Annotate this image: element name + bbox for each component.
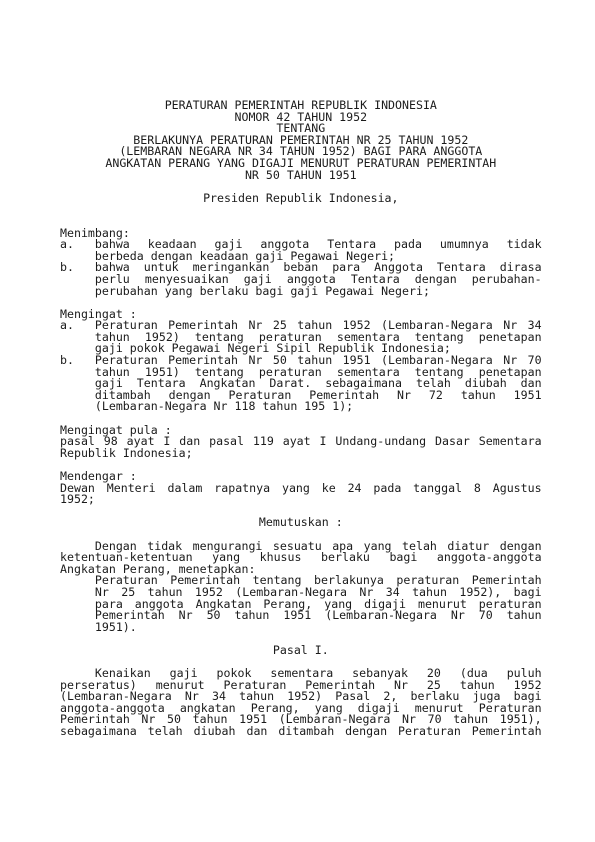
- list-item-label: a.: [60, 239, 74, 251]
- document-line: Dewan Menteri dalam rapatnya yang ke 24 …: [60, 483, 542, 495]
- document-page: PERATURAN PEMERINTAH REPUBLIK INDONESIAN…: [0, 0, 595, 842]
- document-line: NR 50 TAHUN 1951: [60, 170, 542, 182]
- list-item-label: b.: [60, 262, 74, 274]
- line-text: Dewan Menteri dalam rapatnya yang ke 24 …: [60, 481, 542, 495]
- line-text: Memutuskan :: [259, 515, 343, 529]
- line-text: perubahan yang berlaku bagi gaji Pegawai…: [95, 284, 430, 298]
- line-text: Pasal I.: [273, 643, 329, 657]
- document-line: Pasal I.: [60, 645, 542, 657]
- line-text: Pemerintah Nr 50 tahun 1951 (Lembaran-Ne…: [95, 608, 542, 622]
- document-line: 1951).: [60, 622, 542, 634]
- line-text: 1952;: [60, 492, 95, 506]
- document-line: [60, 216, 542, 228]
- line-text: Presiden Republik Indonesia,: [203, 191, 398, 205]
- document-line: Presiden Republik Indonesia,: [60, 193, 542, 205]
- document-line: perubahan yang berlaku bagi gaji Pegawai…: [60, 286, 542, 298]
- list-item-label: b.: [60, 355, 74, 367]
- line-text: 1951).: [95, 620, 137, 634]
- document-line: Republik Indonesia;: [60, 448, 542, 460]
- document-line: (Lembaran-Negara Nr 118 tahun 195 1);: [60, 401, 542, 413]
- document-line: Memutuskan :: [60, 517, 542, 529]
- document-line: 1952;: [60, 494, 542, 506]
- document-text: PERATURAN PEMERINTAH REPUBLIK INDONESIAN…: [60, 100, 542, 738]
- line-text: sebagaimana telah diubah dan ditambah de…: [60, 724, 542, 738]
- document-line: [60, 204, 542, 216]
- document-line: sebagaimana telah diubah dan ditambah de…: [60, 726, 542, 738]
- line-text: Republik Indonesia;: [60, 446, 193, 460]
- line-text: (Lembaran-Negara Nr 118 tahun 195 1);: [95, 399, 353, 413]
- line-text: NR 50 TAHUN 1951: [245, 168, 357, 182]
- list-item-label: a.: [60, 320, 74, 332]
